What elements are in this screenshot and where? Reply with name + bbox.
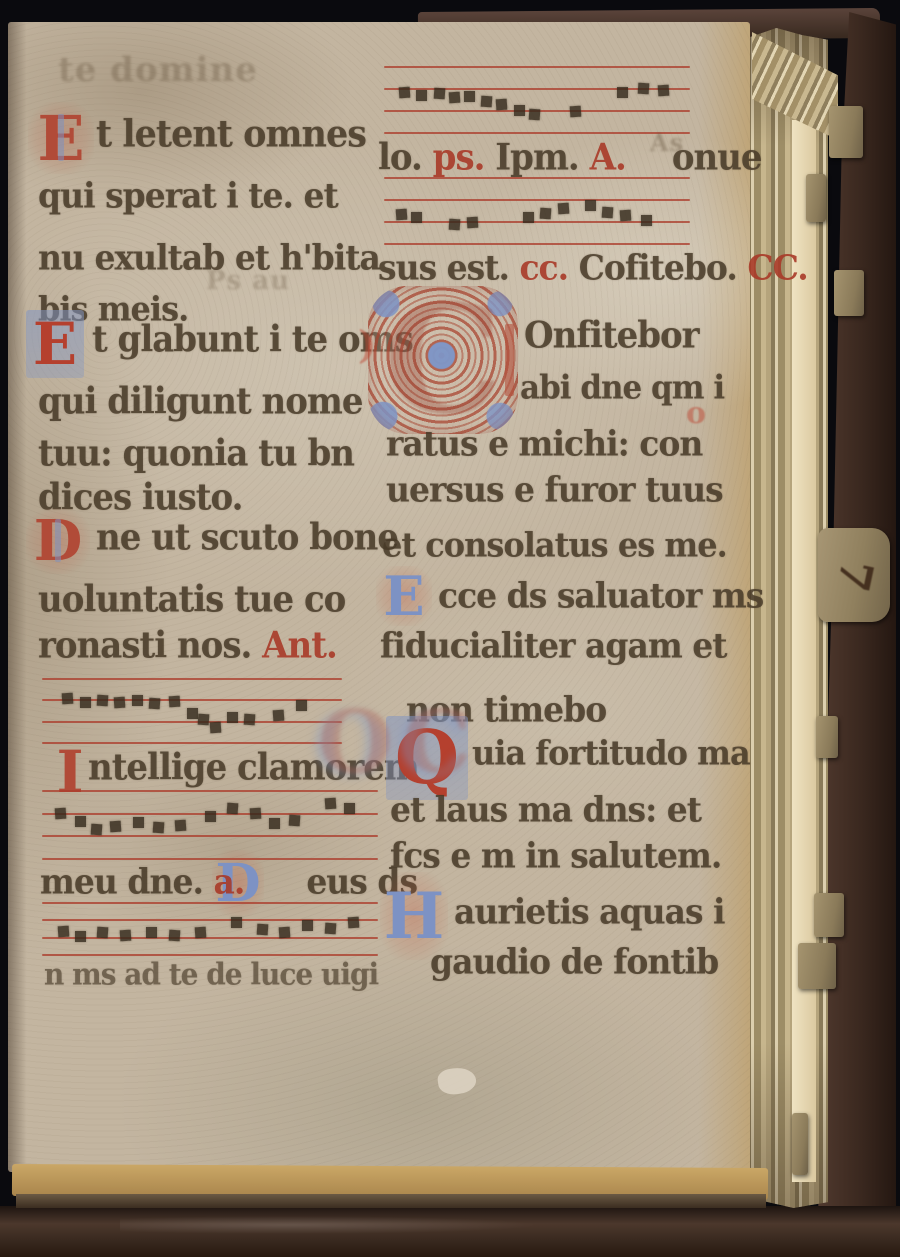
manuscript-photo: te domineEt letent omnesqui sperat i te.… bbox=[0, 0, 900, 1257]
index-tab: 7 bbox=[818, 528, 890, 622]
index-tab bbox=[816, 716, 838, 758]
index-tab bbox=[798, 943, 836, 989]
index-tab bbox=[834, 270, 864, 316]
index-tabs: 7 bbox=[0, 0, 900, 1257]
index-tab bbox=[814, 893, 844, 937]
index-tab bbox=[829, 106, 863, 158]
tab-number-label: 7 bbox=[826, 555, 882, 596]
index-tab bbox=[792, 1113, 808, 1175]
index-tab bbox=[806, 174, 826, 222]
